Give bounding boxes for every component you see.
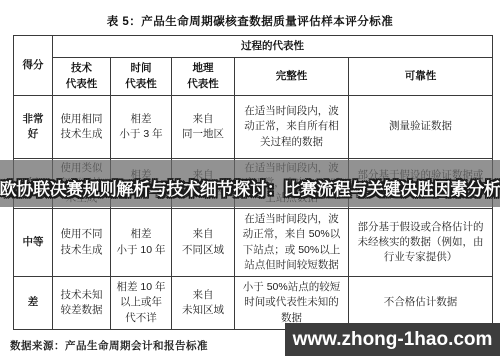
watermark-box: www.zhong-1hao.com (285, 323, 500, 356)
table-row-very-good: 非常 好 使用相同 技术生成 相差 小于 3 年 来自 同一地区 在适当时间段内… (14, 96, 493, 159)
header-geo-representativeness: 地理 代表性 (172, 58, 235, 96)
page: 表 5：产品生命周期碳核查数据质量评估样本评分标准 得分 过程的代表性 技术 代… (0, 0, 500, 362)
cell-geo: 来自 同一地区 (172, 96, 235, 159)
header-completeness: 完整性 (235, 58, 349, 96)
cell-tech: 技术未知 较差数据 (53, 277, 111, 330)
cell-geo: 来自 未知区域 (172, 277, 235, 330)
score-label: 中等 (14, 209, 53, 277)
cell-completeness: 小于 50%站点的较短 时间或代表性未知的 数据 (235, 277, 349, 330)
watermark-text: www.zhong-1hao.com (293, 329, 493, 351)
cell-reliability: 部分基于假设或合格估计的 未经核实的数据（例如，由 行业专家提供） (349, 209, 493, 277)
cell-completeness: 在适当时间段内，波 动正常，来自所有相 关过程的数据 (235, 96, 349, 159)
table-row-poor: 差 技术未知 较差数据 相差 10 年 以上或年 代不详 来自 未知区域 小于 … (14, 277, 493, 330)
headline-text: 欧协联决赛规则解析与技术细节探讨：比赛流程与关键决胜因素分析 (0, 175, 500, 200)
cell-completeness: 在适当时间段内，波 动正常，来自 50%以 下站点；或 50%以上 站点但时间较… (235, 209, 349, 277)
cell-time: 相差 10 年 以上或年 代不详 (111, 277, 172, 330)
source-note: 数据来源：产品生命周期会计和报告标准 (10, 338, 208, 353)
cell-reliability: 测量验证数据 (349, 96, 493, 159)
header-time-representativeness: 时间 代表性 (111, 58, 172, 96)
header-group-process-representativeness: 过程的代表性 (53, 36, 493, 58)
cell-time: 相差 小于 3 年 (111, 96, 172, 159)
table-title: 表 5：产品生命周期碳核查数据质量评估样本评分标准 (0, 13, 500, 29)
score-label: 差 (14, 277, 53, 330)
cell-time: 相差 小于 10 年 (111, 209, 172, 277)
score-label: 非常 好 (14, 96, 53, 159)
header-reliability: 可靠性 (349, 58, 493, 96)
headline-overlay-strip: 欧协联决赛规则解析与技术细节探讨：比赛流程与关键决胜因素分析 (0, 160, 500, 207)
cell-tech: 使用不同 技术生成 (53, 209, 111, 277)
header-score: 得分 (14, 36, 53, 96)
table-row-medium: 中等 使用不同 技术生成 相差 小于 10 年 来自 不同区域 在适当时间段内，… (14, 209, 493, 277)
header-tech-representativeness: 技术 代表性 (53, 58, 111, 96)
cell-tech: 使用相同 技术生成 (53, 96, 111, 159)
cell-reliability: 不合格估计数据 (349, 277, 493, 330)
cell-geo: 来自 不同区域 (172, 209, 235, 277)
